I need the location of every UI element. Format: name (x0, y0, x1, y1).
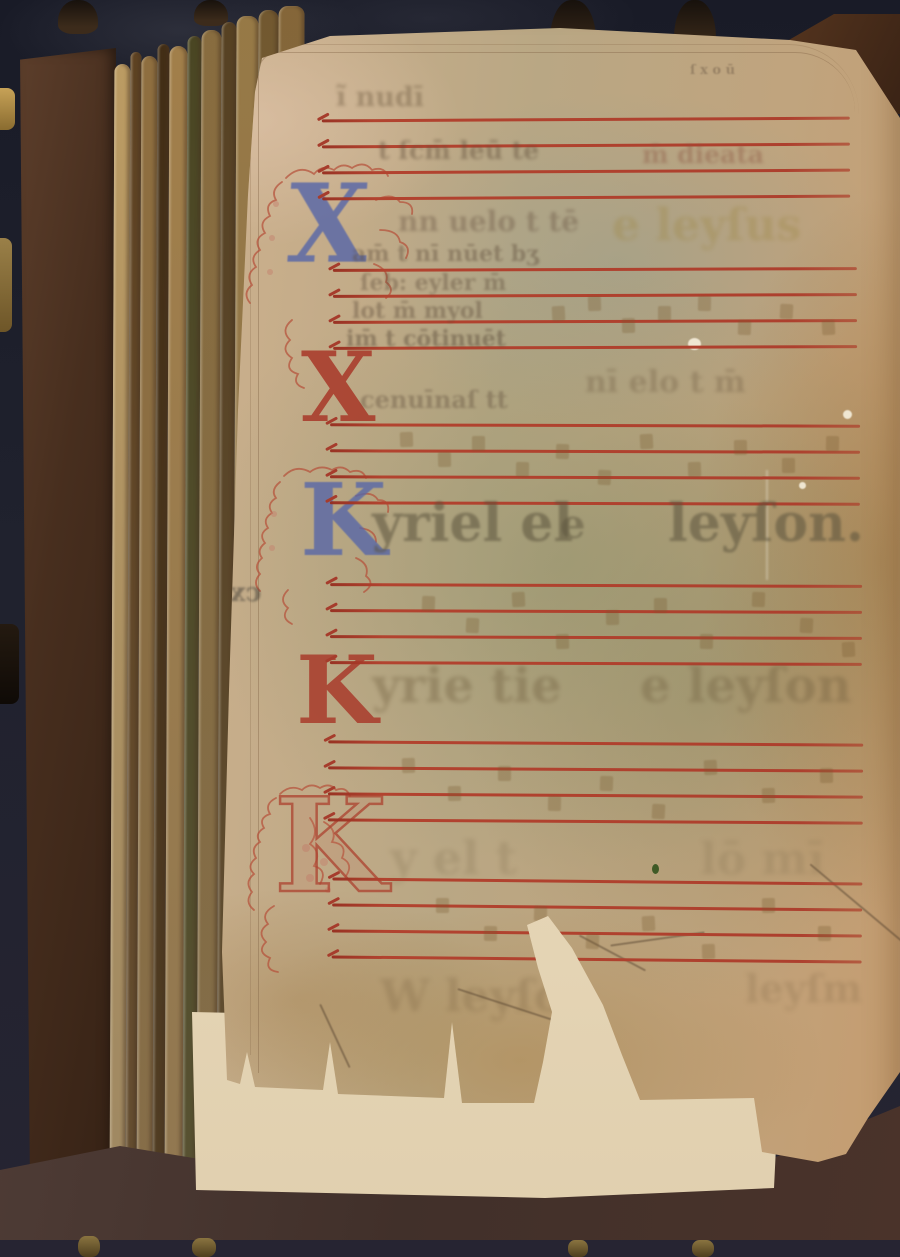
neume-mark (484, 926, 497, 941)
neume-mark (498, 766, 511, 781)
faded-chant-text: im̄ t cōtinuēt (346, 328, 506, 350)
binding-foot (192, 1238, 216, 1257)
faded-chant-text: ĩ nudī (336, 84, 424, 111)
neume-mark (762, 898, 775, 913)
neume-mark (826, 436, 839, 451)
faded-chant-text: am̄ t nī nūet bʒ (352, 243, 539, 265)
neume-mark (780, 304, 794, 320)
neume-mark (698, 296, 711, 311)
white-fleck (843, 410, 852, 419)
faded-chant-text: e leyſon (640, 662, 851, 710)
neume-mark (556, 444, 570, 459)
neume-mark (818, 926, 831, 941)
neume-mark (548, 796, 561, 811)
music-staff (332, 877, 863, 968)
neume-mark (436, 898, 449, 913)
neume-mark (822, 320, 836, 336)
faded-chant-text: leyſon. (668, 498, 864, 550)
staff-line (330, 583, 862, 588)
faded-chant-text: nn uelo t tē (398, 208, 579, 236)
faded-chant-text: e leyſus (612, 204, 801, 248)
faded-chant-text: yrie tie (372, 662, 562, 710)
neume-mark (598, 470, 612, 486)
binding-foot (692, 1240, 714, 1257)
neume-mark (738, 320, 752, 335)
faded-chant-text: m̄ dieata (642, 142, 764, 167)
neume-mark (752, 592, 766, 607)
neume-mark (556, 634, 570, 649)
staff-line (330, 475, 860, 480)
neume-mark (842, 642, 856, 658)
neume-mark (400, 432, 414, 447)
faded-chant-text: leyſm (745, 970, 862, 1008)
staff-line (330, 449, 860, 454)
neume-mark (640, 434, 654, 450)
staff-line (332, 903, 862, 911)
neume-mark (700, 634, 713, 649)
faded-chant-text: cenuīnaſ tt (360, 388, 508, 412)
staff-line (322, 169, 850, 175)
neume-mark (820, 768, 833, 783)
neume-mark (472, 436, 485, 451)
neume-mark (588, 296, 602, 311)
neume-mark (688, 462, 702, 477)
neume-mark (402, 758, 416, 773)
faded-chant-text: lō mī (700, 838, 825, 882)
neume-mark (652, 804, 666, 820)
neume-mark (702, 944, 716, 959)
staff-line (328, 818, 863, 824)
faded-chant-text: ſeb: eyler m̄ (360, 272, 506, 294)
faded-chant-text: nī elo t m̄ (585, 368, 746, 398)
neume-mark (654, 598, 667, 613)
neume-mark (552, 306, 566, 322)
neume-mark (422, 596, 436, 611)
staff-line (332, 955, 862, 963)
music-staff (328, 740, 864, 829)
neume-mark (516, 462, 529, 477)
binding-foot (568, 1240, 588, 1257)
neume-mark (600, 776, 614, 791)
neume-mark (642, 916, 656, 932)
faded-chant-text: t ſcm̄ leū te (378, 138, 539, 163)
faded-chant-text: lot m̄ myol (352, 300, 483, 322)
staff-line (330, 635, 862, 640)
neume-mark (466, 618, 480, 634)
neume-mark (762, 788, 776, 803)
neume-mark (512, 592, 526, 608)
neume-mark (704, 760, 718, 776)
manuscript-photo: X X K K K ĩ nudīt ſcm̄ leū tem̄ di (0, 0, 900, 1257)
staff-line (330, 423, 860, 428)
neume-mark (658, 306, 671, 321)
neume-mark (800, 618, 814, 634)
neume-mark (586, 934, 600, 950)
neume-mark (438, 452, 451, 467)
faded-chant-text: y el t (390, 835, 517, 881)
neume-mark (622, 318, 635, 333)
neume-mark (734, 440, 747, 455)
neume-mark (448, 786, 461, 801)
staff-line (328, 792, 863, 798)
green-speck (652, 864, 659, 874)
neume-mark (782, 458, 795, 473)
faded-chant-text: ſ x o ū (690, 64, 735, 77)
staff-line (330, 609, 862, 614)
faded-chant-text: yriel el (372, 498, 573, 550)
neume-mark (606, 610, 619, 625)
faded-chant-text: e (560, 505, 585, 545)
binding-foot (78, 1236, 100, 1257)
